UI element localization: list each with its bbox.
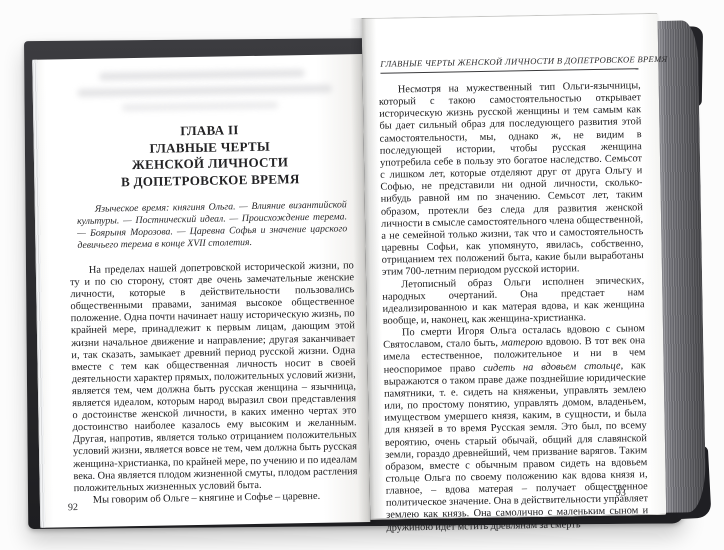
- right-page: ГЛАВНЫЕ ЧЕРТЫ ЖЕНСКОЙ ЛИЧНОСТИ В ДОПЕТРО…: [362, 13, 667, 520]
- left-page-content: ГЛАВА IIГЛАВНЫЕ ЧЕРТЫЖЕНСКОЙ ЛИЧНОСТИВ Д…: [32, 54, 370, 528]
- open-book: ГЛАВА IIГЛАВНЫЕ ЧЕРТЫЖЕНСКОЙ ЛИЧНОСТИВ Д…: [19, 6, 714, 544]
- page-number-right: 93: [616, 488, 626, 499]
- right-page-content: ГЛАВНЫЕ ЧЕРТЫ ЖЕНСКОЙ ЛИЧНОСТИ В ДОПЕТРО…: [362, 14, 667, 519]
- right-page-body: Несмотря на мужественный тип Ольги-язычн…: [379, 80, 649, 534]
- page-number-left: 92: [68, 502, 78, 513]
- left-page: ГЛАВА IIГЛАВНЫЕ ЧЕРТЫЖЕНСКОЙ ЛИЧНОСТИВ Д…: [32, 54, 370, 528]
- left-page-body: На пределах нашей допетровской историчес…: [70, 260, 358, 507]
- book-photo-scene: ГЛАВА IIГЛАВНЫЕ ЧЕРТЫЖЕНСКОЙ ЛИЧНОСТИВ Д…: [0, 0, 724, 550]
- chapter-title: ГЛАВА IIГЛАВНЫЕ ЧЕРТЫЖЕНСКОЙ ЛИЧНОСТИВ Д…: [67, 120, 352, 191]
- chapter-epigraph: Языческое время: княгиня Ольга. — Влияни…: [77, 199, 348, 252]
- running-head: ГЛАВНЫЕ ЧЕРТЫ ЖЕНСКОЙ ЛИЧНОСТИ В ДОПЕТРО…: [380, 54, 638, 74]
